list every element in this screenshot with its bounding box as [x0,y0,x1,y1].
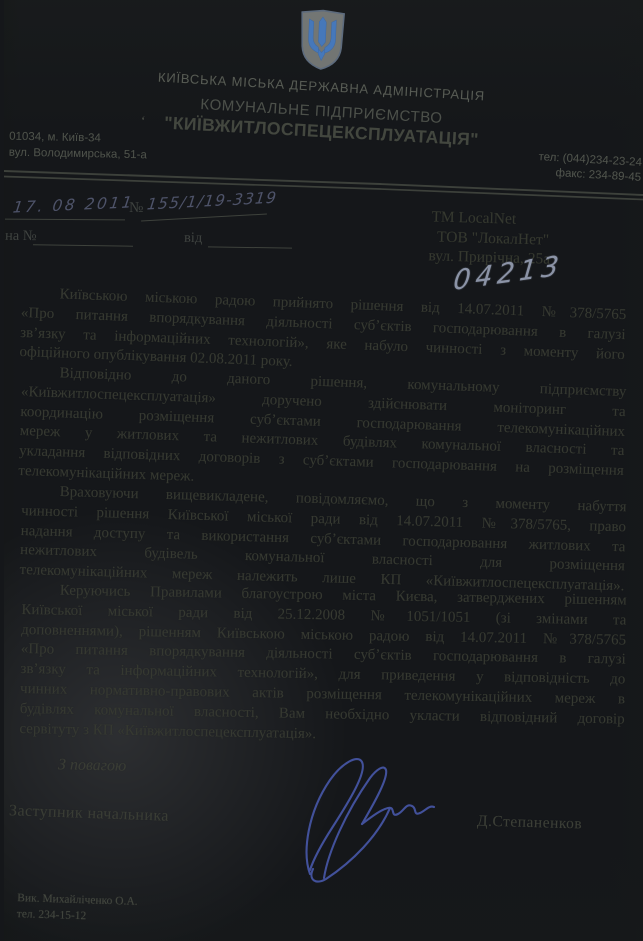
reply-to-label: на № [5,228,37,245]
handwritten-signature [278,752,443,897]
body-paragraph: Керуючись Правилами благоустрою міста Ки… [19,581,627,750]
org-address: 01034, м. Київ-34 вул. Володимирська, 51… [9,130,148,164]
signer-name: Д.Степаненков [477,813,583,834]
addressee-brand: ТМ LocalNet [429,207,551,230]
org-contacts: тел: (044)234-23-24 факс: 234-89-45 [538,150,643,185]
reply-from-label: від [184,230,203,247]
document-photo: КИЇВСЬКА МІСЬКА ДЕРЖАВНА АДМІНІСТРАЦІЯ К… [0,0,643,941]
number-sign: № [129,200,143,217]
body-paragraph: Враховуючи вищевикладене, повідомляємо, … [19,482,626,597]
executor-block: Вик. Михайліченко О.А. тел. 234-15-12 [17,890,138,926]
closing-regards: З повагою [58,756,127,775]
letter-body: Київською міською радою прийнято рішення… [22,284,627,739]
body-paragraph: Відповідно до даного рішення, комунально… [18,363,627,502]
stray-mark: ‘ [141,113,146,129]
ukraine-trident-shield-icon [295,8,350,72]
org-address-line2: вул. Володимирська, 51-а [9,145,147,163]
